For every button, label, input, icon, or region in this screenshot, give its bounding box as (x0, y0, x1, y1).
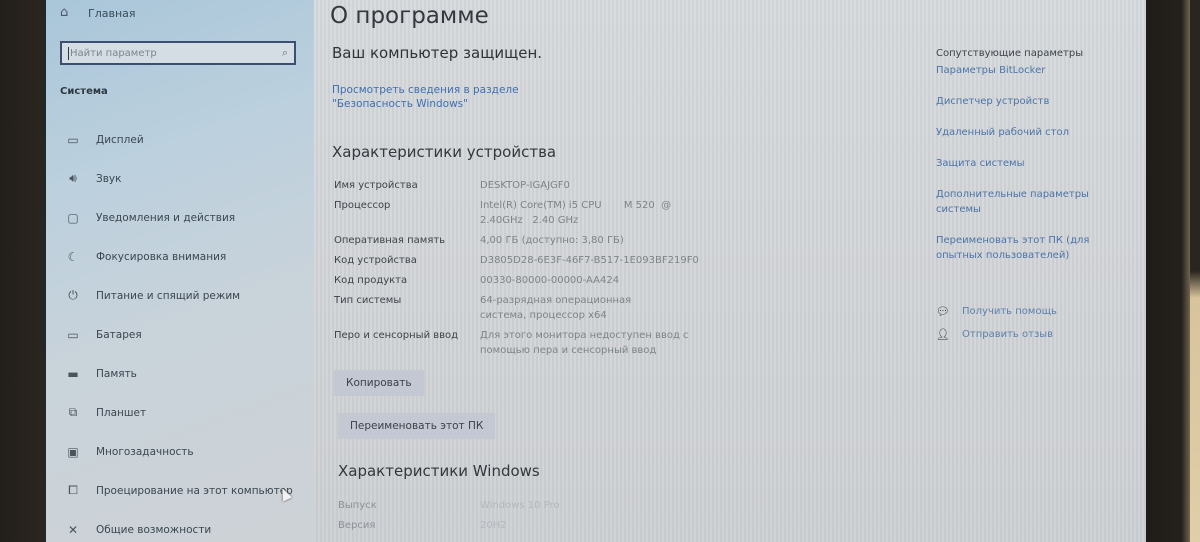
tablet-icon: ⧉ (64, 405, 82, 420)
give-feedback-label: Отправить отзыв (962, 329, 1053, 340)
home-icon: ⌂ (60, 6, 74, 20)
spec-row-edition: Выпуск Windows 10 Pro (338, 498, 738, 513)
copy-button[interactable]: Копировать (334, 370, 424, 396)
sidebar-item-display[interactable]: ▭ Дисплей (46, 120, 314, 159)
projecting-icon: ⧠ (64, 483, 82, 498)
spec-value: 00330-80000-00000-AA424 (480, 273, 710, 288)
related-settings: Сопутствующие параметры Параметры BitLoc… (936, 48, 1106, 279)
search-icon[interactable]: ⌕ (282, 46, 288, 60)
spec-value: 64-разрядная операционная система, проце… (480, 293, 680, 323)
sidebar-item-label: Питание и спящий режим (96, 290, 240, 302)
spec-key: Оперативная память (334, 233, 480, 248)
spec-key: Код продукта (334, 273, 480, 288)
windows-specs-table: Выпуск Windows 10 Pro Версия 20H2 (338, 498, 738, 538)
sound-icon: 🔊︎ (64, 171, 82, 186)
spec-row-processor: Процессор Intel(R) Core(TM) i5 CPU M 520… (334, 198, 734, 228)
bitlocker-link[interactable]: Параметры BitLocker (936, 63, 1106, 78)
notifications-icon: ▢ (64, 211, 82, 225)
battery-icon: ▭ (64, 328, 82, 342)
moon-icon: ☾ (64, 250, 82, 264)
spec-row-system-type: Тип системы 64-разрядная операционная си… (334, 293, 734, 323)
sidebar-item-label: Общие возможности (96, 524, 211, 536)
spec-key: Тип системы (334, 293, 480, 323)
spec-value: D3805D28-6E3F-46F7-B517-1E093BF219F0 (480, 253, 710, 268)
advanced-system-settings-link[interactable]: Дополнительные параметры системы (936, 187, 1106, 217)
storage-icon: ▬ (64, 367, 82, 381)
settings-window: ⌂ Главная ⌕ Система ▭ Дисплей 🔊︎ Звук ▢ … (46, 0, 1146, 542)
spec-key: Процессор (334, 198, 480, 228)
sidebar-item-sound[interactable]: 🔊︎ Звук (46, 159, 314, 198)
spec-key: Версия (338, 518, 480, 533)
home-link[interactable]: ⌂ Главная (60, 6, 136, 20)
spec-value: 4,00 ГБ (доступно: 3,80 ГБ) (480, 233, 710, 248)
feedback-icon: 👤︎ (936, 328, 952, 341)
sidebar-item-power[interactable]: ⏻ Питание и спящий режим (46, 276, 314, 315)
display-icon: ▭ (64, 133, 82, 147)
home-label: Главная (88, 7, 136, 20)
multitasking-icon: ▣ (64, 445, 82, 459)
spec-row-version: Версия 20H2 (338, 518, 738, 533)
search-input[interactable] (68, 47, 282, 60)
spec-value: Для этого монитора недоступен ввод с пом… (480, 328, 690, 358)
main-content: О программе Ваш компьютер защищен. Просм… (314, 0, 1146, 542)
spec-value: Intel(R) Core(TM) i5 CPU M 520 @ 2.40GHz… (480, 198, 680, 228)
power-icon: ⏻ (64, 288, 82, 303)
sidebar-item-shared-experiences[interactable]: ✕ Общие возможности (46, 510, 314, 542)
spec-key: Перо и сенсорный ввод (334, 328, 480, 358)
sidebar-item-label: Фокусировка внимания (96, 251, 226, 263)
give-feedback-link[interactable]: 👤︎ Отправить отзыв (936, 328, 1057, 341)
spec-row-device-id: Код устройства D3805D28-6E3F-46F7-B517-1… (334, 253, 734, 268)
sidebar-item-battery[interactable]: ▭ Батарея (46, 315, 314, 354)
protection-status: Ваш компьютер защищен. (332, 44, 542, 62)
device-specs-table: Имя устройства DESKTOP-IGAJGF0 Процессор… (334, 178, 734, 363)
spec-row-pen-touch: Перо и сенсорный ввод Для этого монитора… (334, 328, 734, 358)
monitor-bezel-left (0, 0, 50, 542)
help-chat-icon: 💬︎ (936, 305, 952, 318)
shared-experiences-icon: ✕ (64, 523, 82, 537)
sidebar-item-label: Дисплей (96, 134, 144, 146)
device-manager-link[interactable]: Диспетчер устройств (936, 94, 1106, 109)
sidebar-item-multitasking[interactable]: ▣ Многозадачность (46, 432, 314, 471)
sidebar-item-notifications[interactable]: ▢ Уведомления и действия (46, 198, 314, 237)
spec-key: Имя устройства (334, 178, 480, 193)
spec-value: Windows 10 Pro (480, 498, 710, 513)
spec-key: Выпуск (338, 498, 480, 513)
sidebar-item-label: Уведомления и действия (96, 212, 235, 224)
monitor-bezel-right (1138, 0, 1200, 542)
spec-value: 20H2 (480, 518, 710, 533)
spec-row-device-name: Имя устройства DESKTOP-IGAJGF0 (334, 178, 734, 193)
device-specs-heading: Характеристики устройства (332, 143, 556, 161)
rename-pc-advanced-link[interactable]: Переименовать этот ПК (для опытных польз… (936, 233, 1106, 263)
spec-key: Код устройства (334, 253, 480, 268)
sidebar-section-title: Система (60, 86, 108, 97)
page-title: О программе (330, 3, 489, 29)
windows-specs-heading: Характеристики Windows (338, 462, 540, 480)
sidebar-item-storage[interactable]: ▬ Память (46, 354, 314, 393)
search-box[interactable]: ⌕ (60, 41, 296, 65)
system-protection-link[interactable]: Защита системы (936, 156, 1106, 171)
remote-desktop-link[interactable]: Удаленный рабочий стол (936, 125, 1106, 140)
related-settings-title: Сопутствующие параметры (936, 48, 1106, 59)
rename-pc-button[interactable]: Переименовать этот ПК (338, 413, 495, 439)
sidebar-item-label: Проецирование на этот компьютер (96, 485, 293, 497)
sidebar-item-label: Планшет (96, 407, 146, 419)
sidebar-item-tablet[interactable]: ⧉ Планшет (46, 393, 314, 432)
sidebar-item-focus-assist[interactable]: ☾ Фокусировка внимания (46, 237, 314, 276)
sidebar-nav: ▭ Дисплей 🔊︎ Звук ▢ Уведомления и действ… (46, 120, 314, 542)
get-help-link[interactable]: 💬︎ Получить помощь (936, 305, 1057, 318)
spec-row-product-id: Код продукта 00330-80000-00000-AA424 (334, 273, 734, 288)
spec-value: DESKTOP-IGAJGF0 (480, 178, 710, 193)
get-help-label: Получить помощь (962, 306, 1057, 317)
sidebar-item-label: Многозадачность (96, 446, 194, 458)
help-section: 💬︎ Получить помощь 👤︎ Отправить отзыв (936, 305, 1057, 351)
sidebar-item-label: Звук (96, 173, 121, 185)
spec-row-ram: Оперативная память 4,00 ГБ (доступно: 3,… (334, 233, 734, 248)
sidebar-item-projecting[interactable]: ⧠ Проецирование на этот компьютер (46, 471, 314, 510)
sidebar-item-label: Память (96, 368, 137, 380)
sidebar: ⌂ Главная ⌕ Система ▭ Дисплей 🔊︎ Звук ▢ … (46, 0, 314, 542)
windows-security-link[interactable]: Просмотреть сведения в разделе "Безопасн… (332, 83, 602, 111)
sidebar-item-label: Батарея (96, 329, 142, 341)
